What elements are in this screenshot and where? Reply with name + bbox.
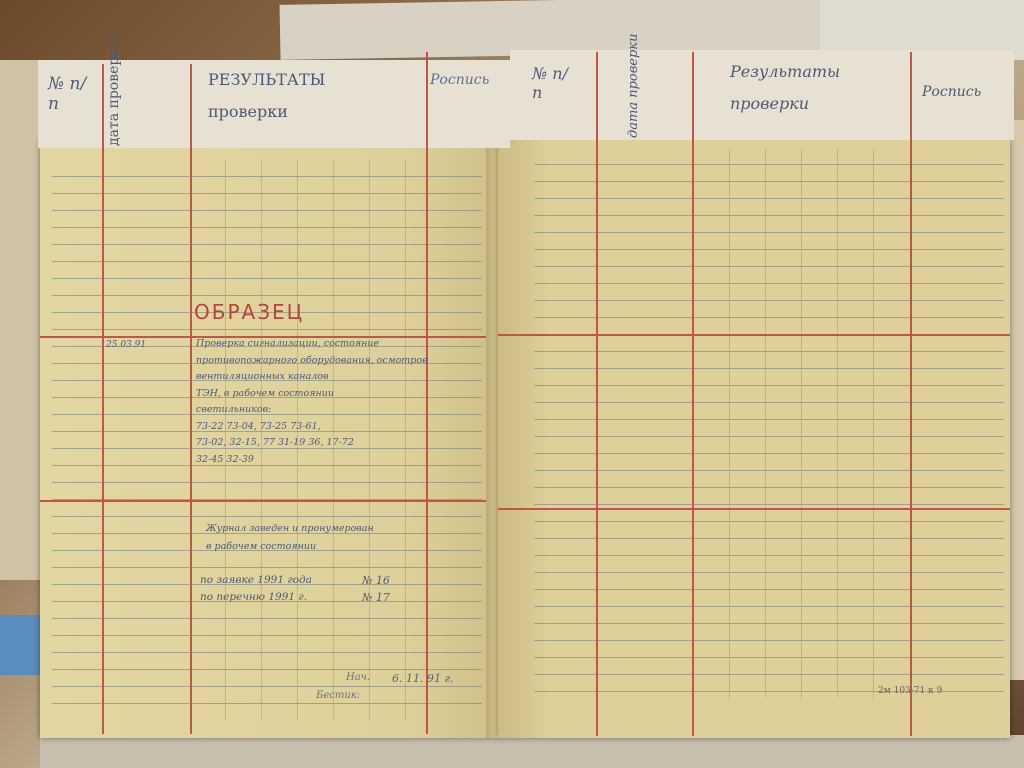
red-column-rule bbox=[426, 52, 428, 734]
entry-line: 73-02, 32-15, 77 31-19 36, 17-72 bbox=[196, 435, 424, 452]
entry-line: 32-45 32-39 bbox=[196, 452, 424, 469]
background-blue-object bbox=[0, 615, 40, 675]
background-floor-debris bbox=[40, 735, 1024, 768]
note-line: в рабочем состоянии bbox=[206, 538, 426, 556]
header-results: Результаты проверки bbox=[730, 56, 900, 120]
header-number: № п/п bbox=[48, 74, 88, 114]
entry-line: 73-22 73-04, 73-25 73-61, bbox=[196, 419, 424, 436]
header-date: дата проверки bbox=[626, 56, 641, 138]
header-number: № п/п bbox=[532, 64, 572, 102]
red-column-rule bbox=[102, 64, 104, 734]
background-paper-scrap bbox=[0, 60, 42, 580]
header-date: дата проверки bbox=[106, 66, 122, 146]
red-column-rule bbox=[190, 64, 192, 734]
footer-caption: Бестик: bbox=[316, 690, 360, 701]
red-column-rule bbox=[692, 52, 694, 736]
note-line: Журнал заведен и пронумерован bbox=[206, 520, 426, 538]
note-row-label: по заявке 1991 года bbox=[200, 574, 312, 586]
grid-lines bbox=[694, 148, 909, 698]
header-signature: Роспись bbox=[922, 84, 981, 100]
entry-date: 25.03.91 bbox=[106, 340, 146, 350]
red-divider bbox=[40, 500, 498, 502]
right-header-strip: № п/п дата проверки Результаты проверки … bbox=[510, 50, 1014, 140]
red-divider bbox=[498, 508, 1010, 510]
header-results: РЕЗУЛЬТАТЫ проверки bbox=[208, 64, 378, 128]
footer-date: 6. 11. 91 г. bbox=[392, 672, 454, 685]
red-column-rule bbox=[596, 52, 598, 736]
background-paper-scrap bbox=[1008, 120, 1024, 680]
note-row-number: № 16 bbox=[362, 574, 390, 587]
entry-text: Проверка сигнализации, состояние противо… bbox=[196, 336, 424, 468]
obrazets-stamp: ОБРАЗЕЦ bbox=[194, 300, 304, 324]
entry-line: Проверка сигнализации, состояние bbox=[196, 336, 424, 353]
note-row-number: № 17 bbox=[362, 591, 390, 604]
entry-line: противопожарного оборудования, осмотров bbox=[196, 353, 424, 370]
footer-signature: Нач. bbox=[346, 672, 370, 683]
entry-line: светильников: bbox=[196, 402, 424, 419]
journal-note: Журнал заведен и пронумерован в рабочем … bbox=[206, 520, 426, 556]
right-page: 2м 103-71 к 9 bbox=[498, 138, 1010, 738]
entry-line: ТЭН, в рабочем состоянии bbox=[196, 386, 424, 403]
note-row-label: по перечню 1991 г. bbox=[200, 591, 307, 603]
entry-line: вентиляционных каналов bbox=[196, 369, 424, 386]
header-signature: Роспись bbox=[430, 72, 489, 88]
red-divider bbox=[498, 334, 1010, 336]
red-column-rule bbox=[910, 52, 912, 736]
left-header-strip: № п/п дата проверки РЕЗУЛЬТАТЫ проверки … bbox=[38, 60, 510, 148]
